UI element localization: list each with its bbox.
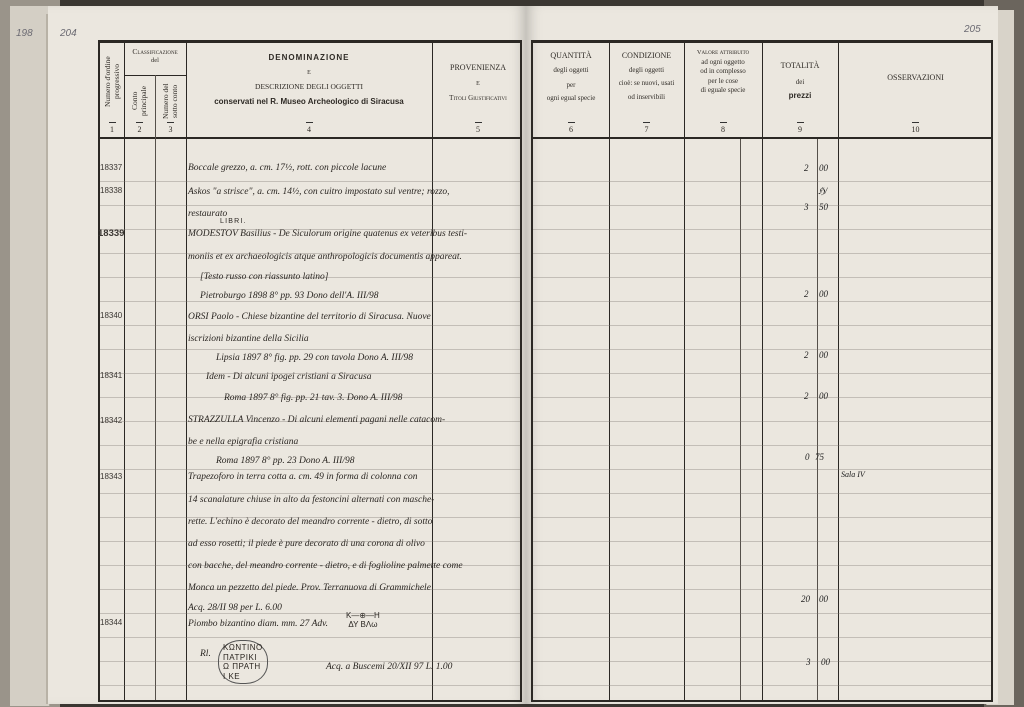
total-cents: 00 bbox=[819, 350, 828, 360]
page-stack-left bbox=[10, 6, 50, 706]
seal-reverse-line: Ι ΚΕ bbox=[223, 672, 263, 682]
col-divider bbox=[609, 43, 610, 700]
page-number-right: 205 bbox=[964, 24, 981, 35]
header-col-6-line: per bbox=[533, 81, 609, 90]
header-col-9-title: TOTALITÀ bbox=[762, 43, 838, 72]
header-col-7-line: cioè: se nuovi, usati bbox=[609, 79, 684, 88]
header-col-7: CONDIZIONE degli oggetti cioè: se nuovi,… bbox=[609, 43, 684, 139]
header-col-5-subtitle: Titoli Giustificativi bbox=[432, 94, 524, 103]
header-col-2: Conto principale 2 bbox=[124, 43, 155, 139]
header-col-9-num: 9 bbox=[762, 122, 838, 136]
entry-acquisition: Acq. a Buscemi 20/XII 97 L. 1.00 bbox=[326, 662, 452, 672]
cents-divider bbox=[817, 139, 818, 700]
correction-mark: ℌ/ bbox=[818, 186, 827, 197]
entry-description: moniis et ex archaeologicis atque anthro… bbox=[188, 252, 462, 262]
entry-publication: Roma 1897 8° fig. pp. 21 tav. 3. Dono A.… bbox=[224, 393, 402, 403]
col-divider bbox=[684, 43, 685, 700]
entry-description: [Testo russo con riassunto latino] bbox=[200, 272, 328, 282]
header-col-4-num: 4 bbox=[186, 122, 432, 136]
entry-description: 14 scanalature chiuse in alto da festonc… bbox=[188, 495, 434, 505]
entry-description: be e nella epigrafia cristiana bbox=[188, 437, 298, 447]
entry-number: 18344 bbox=[100, 618, 122, 627]
entry-number: 18338 bbox=[100, 186, 122, 195]
entry-description: Monca un pezzetto del piede. Prov. Terra… bbox=[188, 583, 431, 593]
entry-description: Boccale grezzo, a. cm. 17½, rott. con pi… bbox=[188, 163, 386, 173]
total-lire: 2 bbox=[804, 350, 809, 360]
header-col-7-title: CONDIZIONE bbox=[609, 43, 684, 62]
header-col-8-line: od in complesso bbox=[684, 67, 762, 76]
col-divider bbox=[432, 43, 433, 700]
total-cents: 00 bbox=[819, 594, 828, 604]
header-col-6-line: degli oggetti bbox=[533, 66, 609, 75]
page-number-left: 204 bbox=[60, 28, 77, 39]
header-col-8-line: per le cose bbox=[684, 77, 762, 86]
entry-description: STRAZZULLA Vincenzo - Di alcuni elementi… bbox=[188, 415, 445, 425]
entry-description: iscrizioni bizantine della Sicilia bbox=[188, 334, 309, 344]
total-lire: 0 bbox=[805, 452, 810, 462]
total-cents: 75 bbox=[815, 452, 824, 462]
header-col-4-subtitle: DESCRIZIONE DEGLI OGGETTI bbox=[186, 82, 432, 92]
total-cents: 00 bbox=[819, 289, 828, 299]
header-col-8-line: di eguale specie bbox=[684, 86, 762, 95]
header-col-8: Valore attribuito ad ogni oggetto od in … bbox=[684, 43, 762, 139]
header-col-10-num: 10 bbox=[838, 122, 993, 136]
col-divider bbox=[838, 43, 839, 700]
total-lire: 2 bbox=[804, 289, 809, 299]
seal-reverse-line: Ω ΠΡΑΤΗ bbox=[223, 662, 263, 672]
entry-description: Piombo bizantino diam. mm. 27 Adv. bbox=[188, 619, 328, 629]
seal-reverse-line: ΚΩΝΤΙΝΟ bbox=[223, 643, 263, 653]
header-col-6-num: 6 bbox=[533, 122, 609, 136]
entry-number: 18343 bbox=[100, 472, 122, 481]
entry-number: 18340 bbox=[100, 311, 122, 320]
header-col-8-num: 8 bbox=[684, 122, 762, 136]
entry-description: rette. L'echino è decorato del meandro c… bbox=[188, 517, 432, 527]
header-col-10-title: OSSERVAZIONI bbox=[838, 43, 993, 84]
col-divider bbox=[124, 43, 125, 700]
total-lire: 20 bbox=[801, 594, 810, 604]
cents-divider bbox=[740, 139, 741, 700]
seal-reverse-sketch: ΚΩΝΤΙΝΟ ΠΑΤΡΙΚΙ Ω ΠΡΑΤΗ Ι ΚΕ bbox=[218, 640, 268, 684]
header-col-4-museum: conservati nel R. Museo Archeologico di … bbox=[186, 97, 432, 108]
header-col-3: Numero del sotto conto 3 bbox=[155, 43, 186, 139]
col-divider bbox=[186, 43, 187, 700]
entry-description: con bacche, del meandro corrente - dietr… bbox=[188, 561, 463, 571]
entry-description: ORSI Paolo - Chiese bizantine del territ… bbox=[188, 312, 431, 322]
ledger-table-left: Numero d'ordine progressivo 1 Classifica… bbox=[98, 40, 522, 702]
header-col-4: DENOMINAZIONE E DESCRIZIONE DEGLI OGGETT… bbox=[186, 43, 432, 139]
header-col-6-title: QUANTITÀ bbox=[533, 43, 609, 62]
table-header-left: Numero d'ordine progressivo 1 Classifica… bbox=[100, 43, 520, 139]
entry-description: Idem - Di alcuni ipogei cristiani a Sira… bbox=[206, 372, 371, 382]
header-col-8-title: Valore attribuito bbox=[684, 43, 762, 58]
header-col-7-line: od inservibili bbox=[609, 93, 684, 102]
entry-description: Askos "a strisce", a. cm. 14½, con cuitr… bbox=[188, 187, 450, 197]
header-col-3-label: Numero del sotto conto bbox=[161, 79, 179, 123]
entry-description: ad esso rosetti; il piede è pure decorat… bbox=[188, 539, 425, 549]
header-col-3-num: 3 bbox=[155, 122, 186, 136]
seal-obverse-line: ΔΥ ΒΛω bbox=[346, 620, 380, 629]
header-col-2-label: Conto principale bbox=[130, 81, 148, 121]
total-lire: 3 bbox=[806, 657, 811, 667]
ledger-table-right: QUANTITÀ degli oggetti per ogni egual sp… bbox=[531, 40, 993, 702]
seal-reverse-line: ΠΑΤΡΙΚΙ bbox=[223, 653, 263, 663]
header-col-4-e: E bbox=[186, 69, 432, 77]
header-col-1-num: 1 bbox=[100, 122, 124, 136]
entry-description: Trapezoforo in terra cotta a. cm. 49 in … bbox=[188, 472, 418, 482]
header-col-1-label: Numero d'ordine progressivo bbox=[103, 51, 121, 113]
entry-number: 18342 bbox=[100, 416, 122, 425]
header-col-9-line: prezzi bbox=[762, 91, 838, 102]
total-lire: 2 bbox=[804, 163, 809, 173]
ledger-page-right: 205 QUANTITÀ degli oggetti per ogni egua… bbox=[526, 6, 998, 704]
reverse-label: Rl. bbox=[200, 649, 211, 659]
total-cents: 00 bbox=[819, 163, 828, 173]
header-col-9: TOTALITÀ dei prezzi 9 bbox=[762, 43, 838, 139]
header-col-7-line: degli oggetti bbox=[609, 66, 684, 75]
header-col-5-title: PROVENIENZA bbox=[432, 43, 524, 74]
header-col-4-title: DENOMINAZIONE bbox=[186, 43, 432, 64]
seal-obverse-sketch: K—⊕—H ΔΥ ΒΛω bbox=[346, 611, 380, 629]
entry-publication: Pietroburgo 1898 8° pp. 93 Dono dell'A. … bbox=[200, 291, 378, 301]
total-cents: 00 bbox=[819, 391, 828, 401]
section-heading: LIBRI. bbox=[220, 218, 247, 225]
observation-note: Sala IV bbox=[841, 470, 865, 479]
entry-acquisition: Acq. 28/II 98 per L. 6.00 bbox=[188, 603, 282, 613]
header-col-5: PROVENIENZA E Titoli Giustificativi 5 bbox=[432, 43, 524, 139]
entry-publication: Lipsia 1897 8° fig. pp. 29 con tavola Do… bbox=[216, 353, 413, 363]
header-col-10: OSSERVAZIONI 10 bbox=[838, 43, 993, 139]
header-col-2-num: 2 bbox=[124, 122, 155, 136]
header-col-5-e: E bbox=[432, 80, 524, 88]
entry-number: 18339 bbox=[98, 228, 124, 239]
total-cents: 50 bbox=[819, 202, 828, 212]
header-col-5-num: 5 bbox=[432, 122, 524, 136]
col-divider bbox=[762, 43, 763, 700]
header-col-6: QUANTITÀ degli oggetti per ogni egual sp… bbox=[533, 43, 609, 139]
seal-obverse-line: K—⊕—H bbox=[346, 611, 380, 620]
entry-number: 18341 bbox=[100, 371, 122, 380]
header-col-6-line: ogni egual specie bbox=[533, 94, 609, 103]
corner-page-number: 198 bbox=[16, 28, 33, 39]
col-divider bbox=[155, 75, 156, 700]
header-col-8-line: ad ogni oggetto bbox=[684, 58, 762, 67]
entry-number: 18337 bbox=[100, 163, 122, 172]
total-lire: 2 bbox=[804, 391, 809, 401]
ledger-page-left: 204 Numero d'ordine progressivo 1 Classi… bbox=[48, 6, 526, 704]
header-col-9-line: dei bbox=[762, 78, 838, 87]
entry-description: MODESTOV Basilius - De Siculorum origine… bbox=[188, 229, 467, 239]
header-col-7-num: 7 bbox=[609, 122, 684, 136]
total-lire: 3 bbox=[804, 202, 809, 212]
total-cents: 00 bbox=[821, 657, 830, 667]
entry-publication: Roma 1897 8° pp. 23 Dono A. III/98 bbox=[216, 456, 354, 466]
header-col-1: Numero d'ordine progressivo 1 bbox=[100, 43, 124, 139]
